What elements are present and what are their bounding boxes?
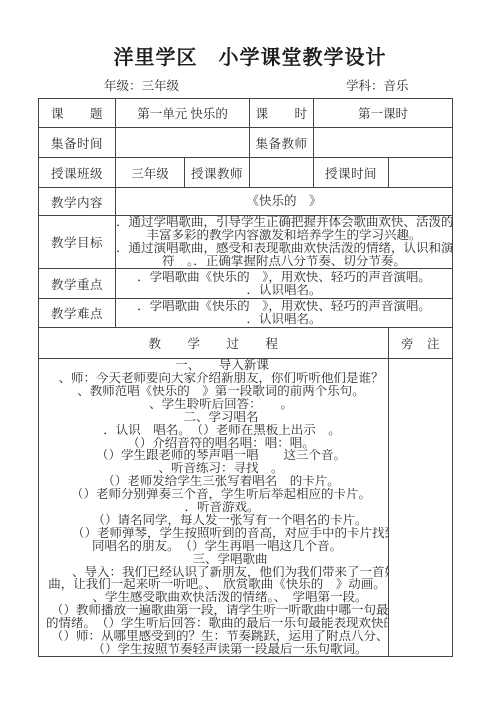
process-line: （）老师发给学生三张写着唱名 的卡片。: [39, 475, 388, 488]
process-line: （）老师弹琴，学生按照听到的音高，对应手中的卡片找到和自己相: [39, 527, 388, 540]
process-line: ．听音游戏。: [39, 501, 388, 514]
topic-value: 第一单元 快乐的: [116, 99, 250, 128]
process-line: 、导入：我们已经认识了新朋友，他们为我们带来了一首好听的歌: [39, 566, 388, 579]
process-header: 教 学 过 程: [39, 328, 389, 359]
meta-row: 年级：三年级 学科：音乐: [38, 76, 452, 92]
key-line: ．认识唱名。: [116, 284, 452, 297]
subject-field: 学科：音乐: [346, 76, 409, 94]
key-points-label: 教学重点: [39, 269, 116, 299]
process-line: （）介绍音符的唱名唱：唱：唱。: [39, 437, 388, 450]
note-header: 旁 注: [389, 328, 453, 359]
content-value: 《快乐的 》: [116, 188, 453, 216]
table-row: 集备时间 集备教师: [39, 128, 453, 158]
process-line: 、师：今天老师要向大家介绍新朋友，你们听听他们是谁？: [39, 372, 388, 385]
difficulty-line: ．学唱歌曲《快乐的 》，用欢快、轻巧的声音演唱。: [116, 300, 452, 313]
note-body: [389, 359, 453, 657]
process-line: 、学生聆听后回答： 。: [39, 398, 388, 411]
prep-time-value: [116, 128, 250, 158]
class-value: 三年级: [116, 158, 185, 188]
difficulty-value: ．学唱歌曲《快乐的 》，用欢快、轻巧的声音演唱。 ．认识唱名。: [116, 299, 453, 328]
content-label: 教学内容: [39, 188, 116, 216]
prep-time-label: 集备时间: [39, 128, 116, 158]
process-line: ．认识 唱名。 （）老师在黑板上出示 。: [39, 424, 388, 437]
process-line: （）老师分别弹奏三个音，学生听后举起相应的卡片。: [39, 488, 388, 501]
goal-line: ．通过学唱歌曲，引导学生正确把握并体会歌曲欢快、活泼的情绪， 通过: [116, 216, 452, 229]
class-label: 授课班级: [39, 158, 116, 188]
table-row: 教学难点 ．学唱歌曲《快乐的 》，用欢快、轻巧的声音演唱。 ．认识唱名。: [39, 299, 453, 328]
goal-value: ．通过学唱歌曲，引导学生正确把握并体会歌曲欢快、活泼的情绪， 通过 丰富多彩的教…: [116, 216, 453, 269]
prep-teacher-label: 集备教师: [250, 128, 314, 158]
process-line: （）请名同学，每人发一张写有一个唱名的卡片。: [39, 514, 388, 527]
process-line: 三、学唱歌曲: [39, 553, 388, 566]
lesson-plan-table: 课 题 第一单元 快乐的 课 时 第一课时 集备时间 集备教师 授课班级 三年级…: [38, 98, 453, 657]
table-row: 教学内容 《快乐的 》: [39, 188, 453, 216]
goal-line: 丰富多彩的教学内容激发和培养学生的学习兴趣。: [116, 229, 452, 242]
process-line: 、听音练习：寻找 。: [39, 462, 388, 475]
table-row: 教学目标 ．通过学唱歌曲，引导学生正确把握并体会歌曲欢快、活泼的情绪， 通过 丰…: [39, 216, 453, 269]
table-row: 一、 导入新课 、师：今天老师要向大家介绍新朋友，你们听听他们是谁？ 、教师范唱…: [39, 359, 453, 657]
table-row: 教 学 过 程 旁 注: [39, 328, 453, 359]
process-line: 的情绪。 （）学生听后回答：歌曲的最后一乐句最能表现欢快的情绪。: [39, 617, 388, 630]
page-title: 洋里学区 小学课堂教学设计: [0, 41, 500, 70]
time-label: 授课时间: [314, 158, 389, 188]
process-line: 二、学习唱名: [39, 411, 388, 424]
grade-field: 年级：三年级: [104, 76, 179, 94]
table-row: 教学重点 ．学唱歌曲《快乐的 》，用欢快、轻巧的声音演唱。 ．认识唱名。: [39, 269, 453, 299]
difficulty-label: 教学难点: [39, 299, 116, 328]
goal-line: 符 。．正确掌握附点八分节奏、切分节奏。: [116, 255, 452, 268]
process-line: 同唱名的朋友。 （）学生再唱一唱这几个音。: [39, 540, 388, 553]
teacher-label: 授课教师: [185, 158, 250, 188]
time-value: [389, 158, 453, 188]
table-row: 授课班级 三年级 授课教师 授课时间: [39, 158, 453, 188]
teacher-value: [250, 158, 314, 188]
process-body: 一、 导入新课 、师：今天老师要向大家介绍新朋友，你们听听他们是谁？ 、教师范唱…: [39, 359, 389, 657]
goal-label: 教学目标: [39, 216, 116, 269]
process-line: 曲，让我们一起来听一听吧。、 欣赏歌曲《快乐的 》动画。: [39, 578, 388, 591]
prep-teacher-value: [314, 128, 453, 158]
process-line: 、学生感受歌曲欢快活泼的情绪。、 学唱第一段。: [39, 591, 388, 604]
process-line: （）学生按照节奏轻声读第一段最后一乐句歌词。: [39, 643, 388, 656]
process-line: （）师：从哪里感受到的？生：节奏跳跃，运用了附点八分、切分节奏。: [39, 630, 388, 643]
process-line: （）学生跟老师的琴声唱一唱 这三个音。: [39, 449, 388, 462]
document-page: 洋里学区 小学课堂教学设计 年级：三年级 学科：音乐 课 题 第一单元 快乐的 …: [0, 0, 500, 707]
key-line: ．学唱歌曲《快乐的 》，用欢快、轻巧的声音演唱。: [116, 271, 452, 284]
topic-label: 课 题: [39, 99, 116, 128]
goal-line: ．通过演唱歌曲，感受和表现歌曲欢快活泼的情绪，认识和演唱音: [116, 242, 452, 255]
table-row: 课 题 第一单元 快乐的 课 时 第一课时: [39, 99, 453, 128]
key-points-value: ．学唱歌曲《快乐的 》，用欢快、轻巧的声音演唱。 ．认识唱名。: [116, 269, 453, 299]
period-label: 课 时: [250, 99, 314, 128]
difficulty-line: ．认识唱名。: [116, 313, 452, 326]
process-line: 、教师范唱《快乐的 》第一段歌词的前两个乐句。: [39, 385, 388, 398]
period-value: 第一课时: [314, 99, 453, 128]
process-line: （）教师播放一遍歌曲第一段，请学生听一听歌曲中哪一句最能表现欢快: [39, 604, 388, 617]
process-line: 一、 导入新课: [39, 359, 388, 372]
